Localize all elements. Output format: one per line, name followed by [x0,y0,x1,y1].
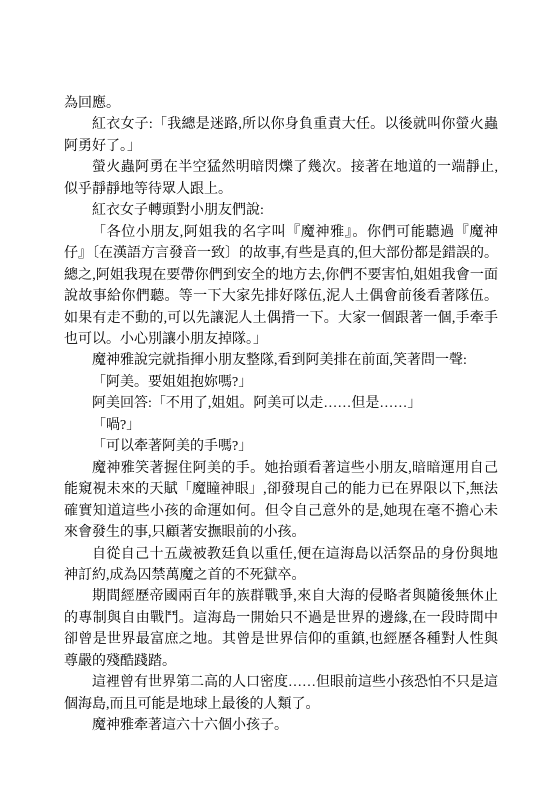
paragraph: 阿美回答:「不用了,姐姐。阿美可以走……但是……」 [64,393,498,414]
paragraph: 「各位小朋友,阿姐我的名字叫『魔神雅』。你們可能聽過『魔神仔』〔在漢語方言發音一… [64,222,498,351]
paragraph: 魔神雅牽著這六十六個小孩子。 [64,715,498,736]
paragraph: 「可以牽著阿美的手嗎?」 [64,436,498,457]
page-text: 為回應。紅衣女子:「我總是迷路,所以你身負重責大任。以後就叫你螢火蟲阿勇好了。」… [64,93,498,737]
paragraph: 為回應。 [64,93,498,114]
paragraph: 螢火蟲阿勇在半空猛然明暗閃爍了幾次。接著在地道的一端靜止,似乎靜靜地等待眾人跟上… [64,157,498,200]
document-viewport: { "page": { "background_color": "#ffffff… [0,0,559,794]
paragraph: 期間經歷帝國兩百年的族群戰爭,來自大海的侵略者與隨後無休止的專制與自由戰鬥。這海… [64,586,498,672]
paragraph: 紅衣女子:「我總是迷路,所以你身負重責大任。以後就叫你螢火蟲阿勇好了。」 [64,114,498,157]
paragraph: 「阿美。要姐姐抱妳嗎?」 [64,372,498,393]
document-page: 為回應。紅衣女子:「我總是迷路,所以你身負重責大任。以後就叫你螢火蟲阿勇好了。」… [0,0,559,794]
paragraph: 這裡曾有世界第二高的人口密度……但眼前這些小孩恐怕不只是這個海島,而且可能是地球… [64,672,498,715]
paragraph: 魔神雅說完就指揮小朋友整隊,看到阿美排在前面,笑著問一聲: [64,350,498,371]
paragraph: 「喎?」 [64,415,498,436]
paragraph: 紅衣女子轉頭對小朋友們說: [64,200,498,221]
paragraph: 魔神雅笑著握住阿美的手。她抬頭看著這些小朋友,暗暗運用自己能窺視未來的天賦「魔瞳… [64,458,498,544]
paragraph: 自從自己十五歲被教廷負以重任,便在這海島以活祭品的身份與地神訂約,成為囚禁萬魔之… [64,544,498,587]
